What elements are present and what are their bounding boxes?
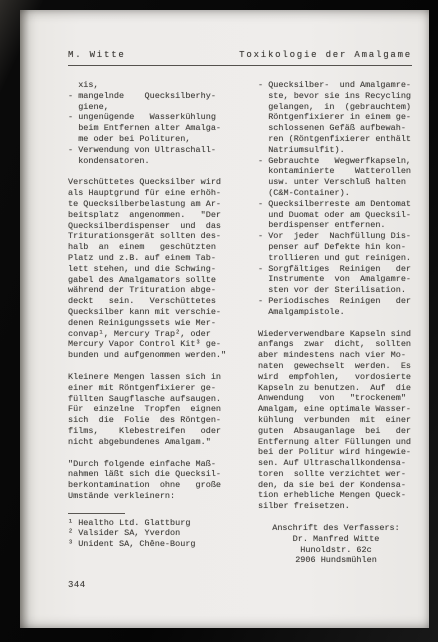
author-address: Anschrift des Verfassers: Dr. Manfred Wi… — [258, 523, 414, 566]
capsules-paragraph: Wiederverwendbare Kapseln sind anfangs z… — [258, 329, 414, 513]
scan-frame: M. Witte Toxikologie der Amalgame xis, -… — [0, 0, 438, 642]
text-columns: xis, - mangelnde Quecksilberhy- giene, -… — [68, 80, 412, 577]
left-column: xis, - mangelnde Quecksilberhy- giene, -… — [68, 80, 224, 577]
small-amounts-paragraph: Kleinere Mengen lassen sich in einer mit… — [68, 372, 224, 448]
running-head-title: Toxikologie der Amalgame — [239, 50, 412, 61]
measures-intro-paragraph: "Durch folgende einfache Maß- nahmen läß… — [68, 459, 224, 502]
page-number: 344 — [68, 580, 86, 590]
page-header: M. Witte Toxikologie der Amalgame — [68, 50, 412, 61]
header-rule — [68, 65, 412, 66]
footnotes: ¹ Healtho Ltd. Glattburg ² Valsider SA, … — [68, 518, 224, 550]
spilled-mercury-paragraph: Verschüttetes Quecksilber wird als Haupt… — [68, 177, 224, 361]
continued-bullet-list: xis, - mangelnde Quecksilberhy- giene, -… — [68, 80, 224, 166]
document-page: M. Witte Toxikologie der Amalgame xis, -… — [20, 10, 429, 628]
right-column: - Quecksilber- und Amalgamre- ste, bevor… — [258, 80, 414, 577]
running-head-author: M. Witte — [68, 50, 126, 61]
hygiene-measures-list: - Quecksilber- und Amalgamre- ste, bevor… — [258, 80, 414, 318]
footnote-rule — [68, 513, 125, 514]
